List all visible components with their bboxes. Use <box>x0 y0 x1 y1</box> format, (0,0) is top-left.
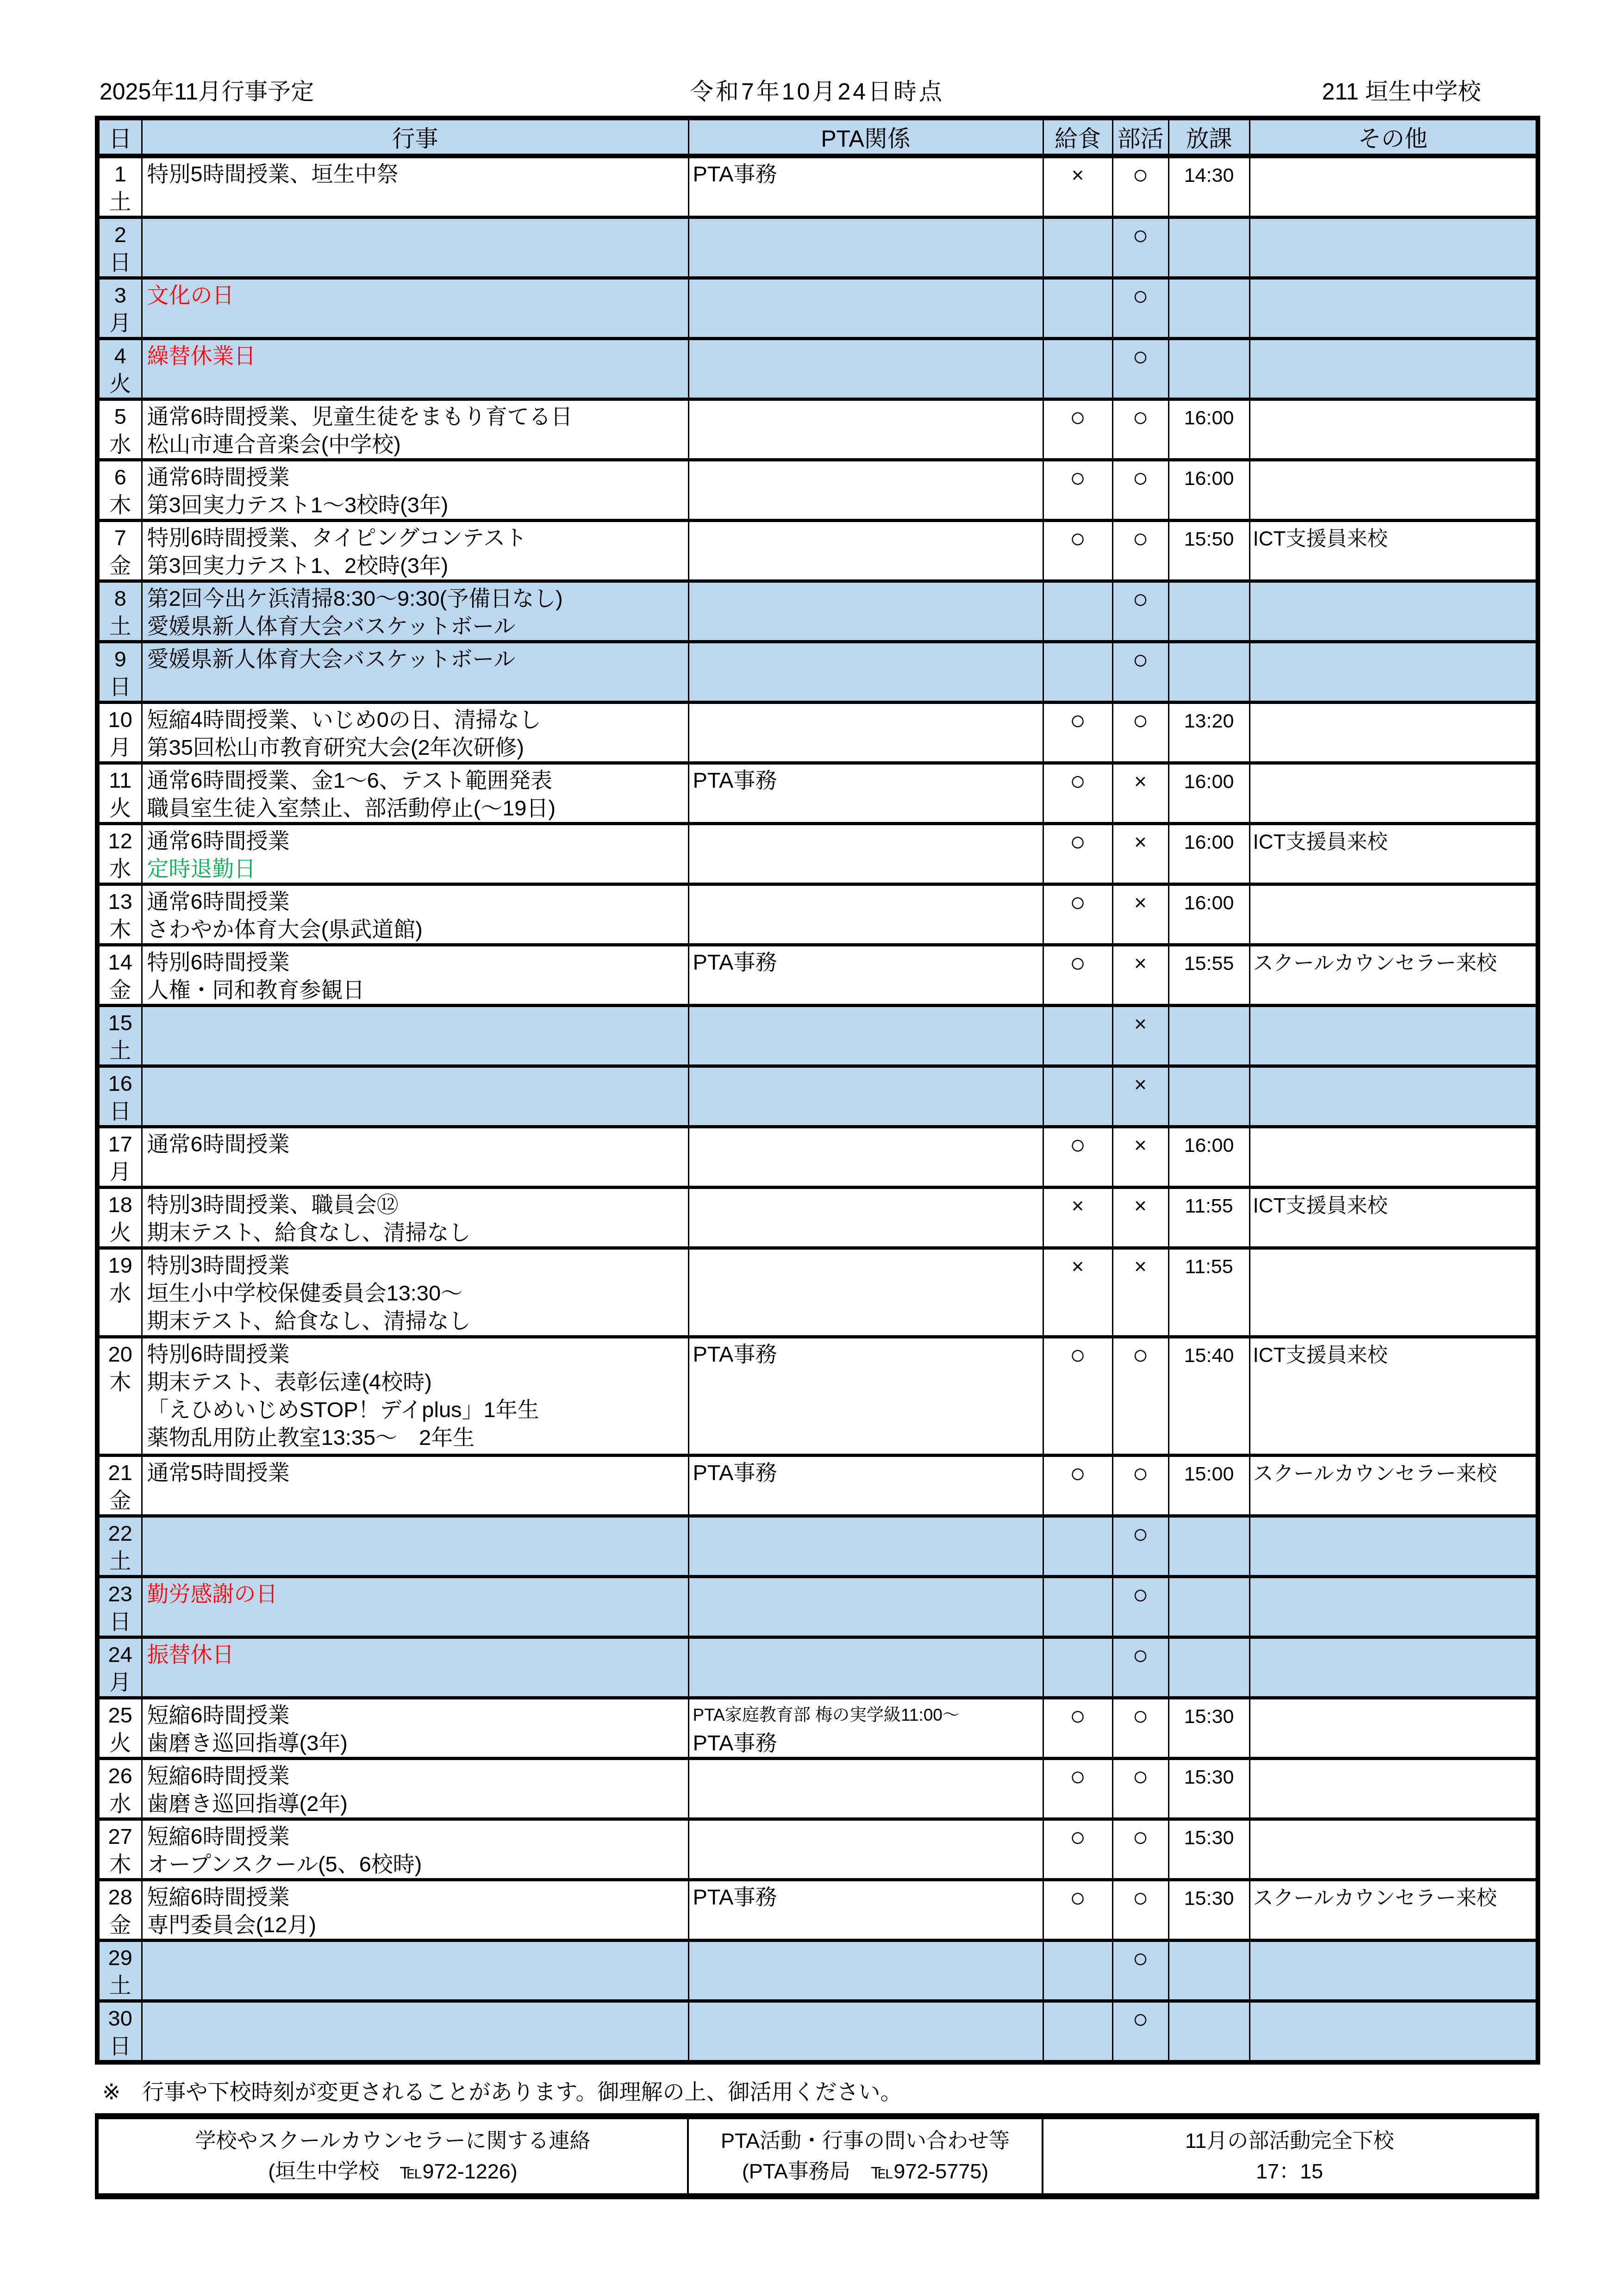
date-number: 21 <box>100 1459 141 1487</box>
events-cell: 繰替休業日 <box>142 339 688 399</box>
weekday-label: 月 <box>100 1668 141 1696</box>
date-number: 19 <box>100 1251 141 1279</box>
header-row: 日 行事 PTA関係 給食 部活 放課 その他 <box>97 118 1538 156</box>
other-notes-cell <box>1249 1127 1538 1188</box>
weekday-label: 金 <box>100 552 141 579</box>
event-line: 第35回松山市教育研究大会(2年次研修) <box>147 734 685 761</box>
dismissal-time-cell <box>1168 1066 1249 1127</box>
events-cell: 通常6時間授業定時退勤日 <box>142 824 688 884</box>
date-cell: 3月 <box>97 278 142 339</box>
lunch-mark-cell <box>1043 339 1112 399</box>
date-cell: 12水 <box>97 824 142 884</box>
events-cell: 愛媛県新人体育大会バスケットボール <box>142 642 688 703</box>
schedule-row-17: 17月通常6時間授業○×16:00 <box>97 1127 1538 1188</box>
dismissal-time-cell <box>1168 1006 1249 1066</box>
weekday-label: 月 <box>100 734 141 761</box>
lunch-mark-cell: × <box>1043 1188 1112 1248</box>
club-mark-cell: ○ <box>1112 1759 1168 1819</box>
event-line: 薬物乱用防止教室13:35～ 2年生 <box>147 1424 685 1451</box>
event-line: 期末テスト、給食なし、清掃なし <box>147 1219 685 1246</box>
event-line: 松山市連合音楽会(中学校) <box>147 430 685 458</box>
club-mark-cell: ○ <box>1112 1819 1168 1880</box>
pta-cell <box>688 1127 1043 1188</box>
events-cell: 振替休日 <box>142 1637 688 1698</box>
contact-row: 学校やスクールカウンセラーに関する連絡 (垣生中学校 ℡972-1226) PT… <box>97 2116 1537 2196</box>
events-cell: 通常6時間授業第3回実力テスト1～3校時(3年) <box>142 460 688 521</box>
circle-mark: ○ <box>1069 1340 1086 1370</box>
document-content: 2025年11月行事予定 令和7年10月24日時点 211 垣生中学校 日 行事… <box>95 69 1536 2199</box>
date-cell: 7金 <box>97 521 142 581</box>
lunch-mark-cell <box>1043 1637 1112 1698</box>
event-line: 通常6時間授業、金1～6、テスト範囲発表 <box>147 766 685 794</box>
pta-cell <box>688 642 1043 703</box>
date-cell: 28金 <box>97 1880 142 1941</box>
event-line: 文化の日 <box>147 281 685 309</box>
event-line: 短縮6時間授業 <box>147 1701 685 1729</box>
event-line: 人権・同和教育参観日 <box>147 976 685 1004</box>
club-mark-cell: ○ <box>1112 1516 1168 1577</box>
lunch-mark-cell <box>1043 218 1112 278</box>
event-line: 通常6時間授業 <box>147 463 685 491</box>
events-cell: 短縮6時間授業歯磨き巡回指導(3年) <box>142 1698 688 1759</box>
cross-mark: × <box>1134 1072 1147 1096</box>
pta-cell <box>688 278 1043 339</box>
other-notes-cell <box>1249 278 1538 339</box>
event-line: 特別3時間授業 <box>147 1251 685 1279</box>
date-cell: 18火 <box>97 1188 142 1248</box>
date-cell: 14金 <box>97 945 142 1006</box>
weekday-label: 日 <box>100 673 141 701</box>
lunch-mark-cell <box>1043 581 1112 642</box>
circle-mark: ○ <box>1132 1822 1149 1852</box>
dismissal-time-cell: 16:00 <box>1168 399 1249 460</box>
events-cell: 特別6時間授業期末テスト、表彰伝達(4校時)「えひめいじめSTOP！デイplus… <box>142 1337 688 1456</box>
lunch-mark-cell <box>1043 1941 1112 2001</box>
other-notes-cell <box>1249 1698 1538 1759</box>
date-cell: 15土 <box>97 1006 142 1066</box>
club-mark-cell: ○ <box>1112 1456 1168 1516</box>
circle-mark: ○ <box>1069 1130 1086 1160</box>
weekday-label: 水 <box>100 430 141 458</box>
schedule-row-30: 30日○ <box>97 2001 1538 2063</box>
weekday-label: 金 <box>100 976 141 1004</box>
schedule-row-20: 20木特別6時間授業期末テスト、表彰伝達(4校時)「えひめいじめSTOP！デイp… <box>97 1337 1538 1456</box>
date-cell: 17月 <box>97 1127 142 1188</box>
schedule-row-23: 23日勤労感謝の日○ <box>97 1577 1538 1637</box>
date-number: 14 <box>100 948 141 976</box>
date-number: 9 <box>100 645 141 673</box>
pta-line: PTA家庭教育部 梅の実学級11:00～ <box>693 1701 1041 1729</box>
date-cell: 2日 <box>97 218 142 278</box>
as-of-date: 令和7年10月24日時点 <box>690 73 944 106</box>
pta-cell <box>688 2001 1043 2063</box>
col-header-club: 部活 <box>1112 118 1168 156</box>
schedule-row-13: 13木通常6時間授業さわやか体育大会(県武道館)○×16:00 <box>97 884 1538 945</box>
lunch-mark-cell: ○ <box>1043 460 1112 521</box>
circle-mark: ○ <box>1132 1943 1149 1973</box>
pta-contact-cell: PTA活動・行事の問い合わせ等 (PTA事務局 ℡972-5775) <box>688 2116 1043 2196</box>
lunch-mark-cell: ○ <box>1043 1698 1112 1759</box>
lunch-mark-cell: ○ <box>1043 1819 1112 1880</box>
date-cell: 26水 <box>97 1759 142 1819</box>
weekday-label: 月 <box>100 1158 141 1186</box>
events-cell: 短縮6時間授業歯磨き巡回指導(2年) <box>142 1759 688 1819</box>
schedule-row-6: 6木通常6時間授業第3回実力テスト1～3校時(3年)○○16:00 <box>97 460 1538 521</box>
events-cell <box>142 1066 688 1127</box>
event-line: 特別5時間授業、垣生中祭 <box>147 160 685 188</box>
event-line: 特別6時間授業、タイピングコンテスト <box>147 524 685 552</box>
dismissal-time-cell <box>1168 1941 1249 2001</box>
schedule-row-9: 9日愛媛県新人体育大会バスケットボール○ <box>97 642 1538 703</box>
lunch-mark-cell: ○ <box>1043 824 1112 884</box>
date-number: 15 <box>100 1009 141 1037</box>
event-line: 短縮6時間授業 <box>147 1883 685 1911</box>
events-cell <box>142 2001 688 2063</box>
school-name: 211 垣生中学校 <box>1322 73 1481 106</box>
date-number: 29 <box>100 1944 141 1972</box>
event-line: 短縮6時間授業 <box>147 1762 685 1790</box>
club-mark-cell: ○ <box>1112 156 1168 218</box>
col-header-lunch: 給食 <box>1043 118 1112 156</box>
lunch-mark-cell <box>1043 1577 1112 1637</box>
lunch-mark-cell: ○ <box>1043 521 1112 581</box>
weekday-label: 金 <box>100 1487 141 1514</box>
col-header-other: その他 <box>1249 118 1538 156</box>
club-mark-cell: × <box>1112 1066 1168 1127</box>
schedule-row-26: 26水短縮6時間授業歯磨き巡回指導(2年)○○15:30 <box>97 1759 1538 1819</box>
pta-cell <box>688 1577 1043 1637</box>
pta-cell <box>688 703 1043 763</box>
events-cell: 特別6時間授業、タイピングコンテスト第3回実力テスト1、2校時(3年) <box>142 521 688 581</box>
pta-line: PTA事務 <box>693 948 1041 976</box>
club-mark-cell: ○ <box>1112 399 1168 460</box>
event-line: 第3回実力テスト1～3校時(3年) <box>147 491 685 519</box>
col-header-day: 日 <box>97 118 142 156</box>
circle-mark: ○ <box>1132 220 1149 250</box>
pta-cell: PTA事務 <box>688 1880 1043 1941</box>
date-number: 8 <box>100 585 141 612</box>
events-cell <box>142 1006 688 1066</box>
date-cell: 30日 <box>97 2001 142 2063</box>
circle-mark: ○ <box>1069 766 1086 796</box>
circle-mark: ○ <box>1132 402 1149 432</box>
contact-table: 学校やスクールカウンセラーに関する連絡 (垣生中学校 ℡972-1226) PT… <box>95 2113 1539 2199</box>
date-cell: 13木 <box>97 884 142 945</box>
circle-mark: ○ <box>1132 1580 1149 1610</box>
event-line: 期末テスト、給食なし、清掃なし <box>147 1307 685 1335</box>
events-cell: 文化の日 <box>142 278 688 339</box>
date-number: 20 <box>100 1340 141 1368</box>
circle-mark: ○ <box>1069 1822 1086 1852</box>
club-mark-cell: ○ <box>1112 703 1168 763</box>
pta-cell <box>688 218 1043 278</box>
lunch-mark-cell: ○ <box>1043 1337 1112 1456</box>
date-cell: 5水 <box>97 399 142 460</box>
dismissal-time-cell: 16:00 <box>1168 884 1249 945</box>
club-mark-cell: ○ <box>1112 1941 1168 2001</box>
weekday-label: 月 <box>100 309 141 337</box>
event-line: 通常6時間授業 <box>147 827 685 855</box>
circle-mark: ○ <box>1069 1458 1086 1488</box>
club-mark-cell: ○ <box>1112 218 1168 278</box>
club-mark-cell: ○ <box>1112 521 1168 581</box>
circle-mark: ○ <box>1132 1640 1149 1670</box>
club-mark-cell: × <box>1112 824 1168 884</box>
schedule-row-27: 27木短縮6時間授業オープンスクール(5、6校時)○○15:30 <box>97 1819 1538 1880</box>
lunch-mark-cell: × <box>1043 156 1112 218</box>
date-number: 26 <box>100 1762 141 1790</box>
weekday-label: 火 <box>100 370 141 398</box>
schedule-row-15: 15土× <box>97 1006 1538 1066</box>
circle-mark: ○ <box>1069 705 1086 735</box>
col-header-events: 行事 <box>142 118 688 156</box>
date-number: 25 <box>100 1701 141 1729</box>
dismissal-time-cell: 16:00 <box>1168 460 1249 521</box>
circle-mark: ○ <box>1069 1761 1086 1792</box>
schedule-row-14: 14金特別6時間授業人権・同和教育参観日PTA事務○×15:55スクールカウンセ… <box>97 945 1538 1006</box>
other-notes-cell: スクールカウンセラー来校 <box>1249 1880 1538 1941</box>
circle-mark: ○ <box>1132 281 1149 311</box>
lunch-mark-cell: ○ <box>1043 1127 1112 1188</box>
weekday-label: 水 <box>100 1279 141 1307</box>
club-mark-cell: ○ <box>1112 460 1168 521</box>
lunch-mark-cell: ○ <box>1043 399 1112 460</box>
school-contact-title: 学校やスクールカウンセラーに関する連絡 <box>99 2126 687 2156</box>
date-number: 1 <box>100 160 141 188</box>
events-cell: 短縮4時間授業、いじめ0の日、清掃なし第35回松山市教育研究大会(2年次研修) <box>142 703 688 763</box>
lunch-mark-cell: ○ <box>1043 703 1112 763</box>
circle-mark: ○ <box>1132 1701 1149 1731</box>
dismissal-time-cell: 15:55 <box>1168 945 1249 1006</box>
weekday-label: 土 <box>100 1547 141 1575</box>
other-notes-cell <box>1249 1819 1538 1880</box>
dismissal-time-cell: 16:00 <box>1168 1127 1249 1188</box>
col-header-dismissal: 放課 <box>1168 118 1249 156</box>
date-number: 13 <box>100 888 141 915</box>
other-notes-cell <box>1249 763 1538 824</box>
events-cell: 第2回今出ケ浜清掃8:30～9:30(予備日なし)愛媛県新人体育大会バスケットボ… <box>142 581 688 642</box>
dismissal-time-cell: 15:30 <box>1168 1759 1249 1819</box>
cross-mark: × <box>1134 830 1147 854</box>
event-line: 専門委員会(12月) <box>147 1911 685 1939</box>
pta-cell <box>688 1819 1043 1880</box>
circle-mark: ○ <box>1132 160 1149 190</box>
lunch-mark-cell <box>1043 278 1112 339</box>
schedule-row-29: 29土○ <box>97 1941 1538 2001</box>
event-line: 特別6時間授業 <box>147 948 685 976</box>
events-cell <box>142 1516 688 1577</box>
weekday-label: 金 <box>100 1911 141 1939</box>
other-notes-cell <box>1249 642 1538 703</box>
pta-contact-title: PTA活動・行事の問い合わせ等 <box>689 2126 1042 2156</box>
event-line: オープンスクール(5、6校時) <box>147 1850 685 1878</box>
event-line: 愛媛県新人体育大会バスケットボール <box>147 612 685 640</box>
weekday-label: 土 <box>100 1972 141 1999</box>
event-line: 歯磨き巡回指導(2年) <box>147 1790 685 1817</box>
schedule-row-8: 8土第2回今出ケ浜清掃8:30～9:30(予備日なし)愛媛県新人体育大会バスケッ… <box>97 581 1538 642</box>
dismissal-time-cell <box>1168 218 1249 278</box>
date-cell: 29土 <box>97 1941 142 2001</box>
cross-mark: × <box>1134 890 1147 915</box>
dismissal-time-cell: 15:30 <box>1168 1819 1249 1880</box>
schedule-row-21: 21金通常5時間授業PTA事務○○15:00スクールカウンセラー来校 <box>97 1456 1538 1516</box>
pta-cell: PTA事務 <box>688 763 1043 824</box>
event-line: 特別6時間授業 <box>147 1340 685 1368</box>
circle-mark: ○ <box>1132 342 1149 372</box>
other-notes-cell <box>1249 399 1538 460</box>
other-notes-cell <box>1249 703 1538 763</box>
weekday-label: 土 <box>100 188 141 216</box>
dismissal-time-cell: 16:00 <box>1168 763 1249 824</box>
date-cell: 10月 <box>97 703 142 763</box>
cross-mark: × <box>1072 163 1084 187</box>
other-notes-cell: スクールカウンセラー来校 <box>1249 1456 1538 1516</box>
date-cell: 24月 <box>97 1637 142 1698</box>
other-notes-cell <box>1249 218 1538 278</box>
dismissal-time-cell: 14:30 <box>1168 156 1249 218</box>
events-cell: 特別5時間授業、垣生中祭 <box>142 156 688 218</box>
date-number: 11 <box>100 766 141 794</box>
club-mark-cell: ○ <box>1112 1637 1168 1698</box>
dismissal-time-cell <box>1168 2001 1249 2063</box>
circle-mark: ○ <box>1069 827 1086 857</box>
pta-line: PTA事務 <box>693 1459 1041 1487</box>
dismissal-time-cell <box>1168 1577 1249 1637</box>
event-line: 通常6時間授業 <box>147 888 685 915</box>
dismissal-time-cell: 15:30 <box>1168 1880 1249 1941</box>
club-mark-cell: ○ <box>1112 339 1168 399</box>
pta-cell <box>688 521 1043 581</box>
club-mark-cell: ○ <box>1112 1880 1168 1941</box>
date-cell: 4火 <box>97 339 142 399</box>
schedule-row-24: 24月振替休日○ <box>97 1637 1538 1698</box>
cross-mark: × <box>1134 1254 1147 1278</box>
event-line: 短縮6時間授業 <box>147 1823 685 1850</box>
schedule-row-4: 4火繰替休業日○ <box>97 339 1538 399</box>
date-cell: 11火 <box>97 763 142 824</box>
circle-mark: ○ <box>1132 1883 1149 1913</box>
lunch-mark-cell: × <box>1043 1248 1112 1337</box>
date-number: 16 <box>100 1070 141 1097</box>
pta-cell: PTA事務 <box>688 1337 1043 1456</box>
date-number: 10 <box>100 706 141 734</box>
schedule-row-22: 22土○ <box>97 1516 1538 1577</box>
circle-mark: ○ <box>1132 523 1149 554</box>
pta-cell <box>688 1637 1043 1698</box>
date-number: 30 <box>100 2004 141 2032</box>
school-contact-cell: 学校やスクールカウンセラーに関する連絡 (垣生中学校 ℡972-1226) <box>97 2116 688 2196</box>
circle-mark: ○ <box>1132 2004 1149 2034</box>
date-cell: 8土 <box>97 581 142 642</box>
other-notes-cell <box>1249 156 1538 218</box>
date-number: 5 <box>100 403 141 430</box>
club-mark-cell: ○ <box>1112 581 1168 642</box>
club-mark-cell: ○ <box>1112 1577 1168 1637</box>
events-cell: 通常5時間授業 <box>142 1456 688 1516</box>
lunch-mark-cell <box>1043 1516 1112 1577</box>
event-line: 通常6時間授業 <box>147 1130 685 1158</box>
events-cell: 通常6時間授業さわやか体育大会(県武道館) <box>142 884 688 945</box>
weekday-label: 日 <box>100 1608 141 1636</box>
dismissal-time-cell <box>1168 339 1249 399</box>
schedule-row-7: 7金特別6時間授業、タイピングコンテスト第3回実力テスト1、2校時(3年)○○1… <box>97 521 1538 581</box>
event-line: 通常5時間授業 <box>147 1459 685 1487</box>
pta-cell <box>688 1516 1043 1577</box>
club-mark-cell: × <box>1112 1248 1168 1337</box>
cross-mark: × <box>1134 1133 1147 1157</box>
pta-cell: PTA家庭教育部 梅の実学級11:00～PTA事務 <box>688 1698 1043 1759</box>
club-mark-cell: ○ <box>1112 2001 1168 2063</box>
club-mark-cell: ○ <box>1112 1337 1168 1456</box>
dismissal-time-cell: 13:20 <box>1168 703 1249 763</box>
date-number: 4 <box>100 342 141 370</box>
weekday-label: 木 <box>100 1368 141 1396</box>
weekday-label: 木 <box>100 1850 141 1878</box>
cross-mark: × <box>1134 1194 1147 1218</box>
dismissal-time-cell: 11:55 <box>1168 1188 1249 1248</box>
date-cell: 22土 <box>97 1516 142 1577</box>
other-notes-cell <box>1249 581 1538 642</box>
event-line: 職員室生徒入室禁止、部活動停止(～19日) <box>147 794 685 822</box>
schedule-row-10: 10月短縮4時間授業、いじめ0の日、清掃なし第35回松山市教育研究大会(2年次研… <box>97 703 1538 763</box>
events-cell: 短縮6時間授業専門委員会(12月) <box>142 1880 688 1941</box>
pta-line: PTA事務 <box>693 1883 1041 1911</box>
circle-mark: ○ <box>1132 1761 1149 1792</box>
events-cell: 特別3時間授業、職員会⑫期末テスト、給食なし、清掃なし <box>142 1188 688 1248</box>
events-cell <box>142 1941 688 2001</box>
event-line: さわやか体育大会(県武道館) <box>147 915 685 943</box>
club-mark-cell: × <box>1112 1006 1168 1066</box>
schedule-row-12: 12水通常6時間授業定時退勤日○×16:00ICT支援員来校 <box>97 824 1538 884</box>
other-notes-cell <box>1249 884 1538 945</box>
other-notes-cell: ICT支援員来校 <box>1249 824 1538 884</box>
schedule-row-2: 2日○ <box>97 218 1538 278</box>
schedule-row-25: 25火短縮6時間授業歯磨き巡回指導(3年)PTA家庭教育部 梅の実学級11:00… <box>97 1698 1538 1759</box>
circle-mark: ○ <box>1132 1519 1149 1549</box>
date-number: 6 <box>100 463 141 491</box>
other-notes-cell <box>1249 1006 1538 1066</box>
weekday-label: 木 <box>100 915 141 943</box>
event-line: 定時退勤日 <box>147 855 685 883</box>
weekday-label: 木 <box>100 491 141 519</box>
pta-line: PTA事務 <box>693 1729 1041 1757</box>
cross-mark: × <box>1134 1012 1147 1036</box>
date-cell: 16日 <box>97 1066 142 1127</box>
other-notes-cell: ICT支援員来校 <box>1249 521 1538 581</box>
schedule-table: 日 行事 PTA関係 給食 部活 放課 その他 1土特別5時間授業、垣生中祭PT… <box>95 116 1540 2065</box>
event-line: 歯磨き巡回指導(3年) <box>147 1729 685 1757</box>
events-cell: 通常6時間授業 <box>142 1127 688 1188</box>
club-mark-cell: × <box>1112 1127 1168 1188</box>
event-line: 短縮4時間授業、いじめ0の日、清掃なし <box>147 706 685 734</box>
pta-contact-phone: (PTA事務局 ℡972-5775) <box>689 2156 1042 2187</box>
event-line: 振替休日 <box>147 1641 685 1668</box>
lunch-mark-cell <box>1043 1066 1112 1127</box>
circle-mark: ○ <box>1069 463 1086 493</box>
date-number: 28 <box>100 1883 141 1911</box>
weekday-label: 火 <box>100 1219 141 1246</box>
other-notes-cell <box>1249 2001 1538 2063</box>
other-notes-cell <box>1249 460 1538 521</box>
pta-cell <box>688 339 1043 399</box>
date-cell: 6木 <box>97 460 142 521</box>
event-line: 愛媛県新人体育大会バスケットボール <box>147 645 685 673</box>
club-mark-cell: ○ <box>1112 1698 1168 1759</box>
dismissal-time-cell <box>1168 1637 1249 1698</box>
weekday-label: 日 <box>100 2032 141 2060</box>
pta-cell <box>688 1248 1043 1337</box>
pta-line: PTA事務 <box>693 766 1041 794</box>
